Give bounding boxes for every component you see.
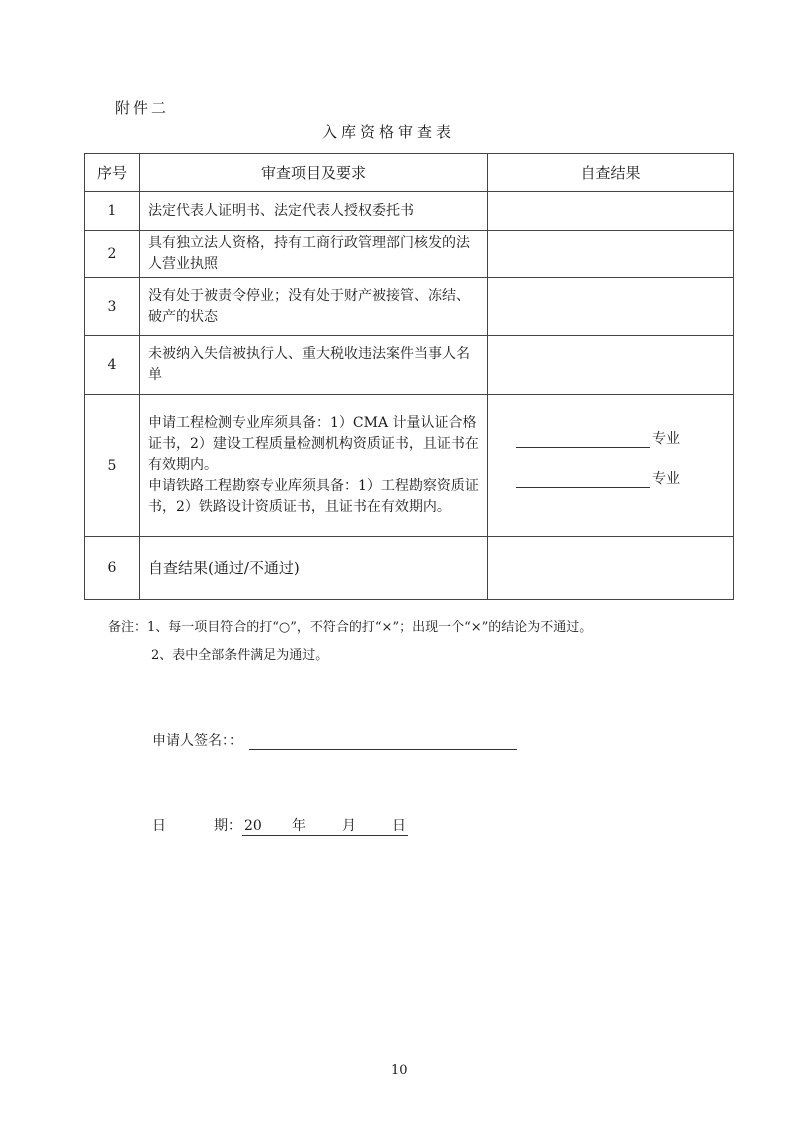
- signature-block: 申请人签名：：: [152, 730, 517, 750]
- row-result-cell: 专业 专业: [488, 395, 734, 537]
- remark-1: 备注：1、每一项目符合的打“○”，不符合的打“×”；出现一个“×”的结论为不通过…: [108, 614, 592, 642]
- table-row: 2 具有独立法人资格，持有工商行政管理部门核发的法人营业执照: [85, 231, 734, 278]
- table-row: 3 没有处于被责令停业；没有处于财产被接管、冻结、破产的状态: [85, 278, 734, 336]
- major-input-2[interactable]: [516, 473, 650, 488]
- row-item: 自查结果(通过/不通过): [140, 537, 488, 600]
- row-number: 3: [85, 278, 140, 336]
- date-label-day: 日: [152, 815, 214, 835]
- row-item-line: 申请铁路工程勘察专业库须具备：1）工程勘察资质证书，2）铁路设计资质证书，且证书…: [148, 476, 480, 518]
- major-suffix: 专业: [652, 431, 680, 447]
- row-item: 申请工程检测专业库须具备：1）CMA 计量认证合格证书，2）建设工程质量检测机构…: [140, 395, 488, 537]
- row-number: 6: [85, 537, 140, 600]
- remark-2: 2、表中全部条件满足为通过。: [108, 642, 592, 670]
- signature-field[interactable]: [249, 735, 517, 750]
- row-number: 5: [85, 395, 140, 537]
- row-number: 2: [85, 231, 140, 278]
- remarks: 备注：1、每一项目符合的打“○”，不符合的打“×”；出现一个“×”的结论为不通过…: [108, 614, 592, 670]
- date-block: 日期：20年月日: [152, 815, 408, 836]
- table-row: 4 未被纳入失信被执行人、重大税收违法案件当事人名单: [85, 336, 734, 395]
- date-year-prefix: 20: [244, 818, 292, 834]
- row-result-field[interactable]: [488, 231, 734, 278]
- row-result-field[interactable]: [488, 336, 734, 395]
- signature-label: 申请人签名：：: [152, 733, 243, 749]
- date-month-label: 月: [342, 815, 392, 835]
- table-row: 1 法定代表人证明书、法定代表人授权委托书: [85, 192, 734, 231]
- table-header-row: 序号 审查项目及要求 自查结果: [85, 154, 734, 192]
- date-field[interactable]: 20年月日: [242, 815, 408, 836]
- row-item: 具有独立法人资格，持有工商行政管理部门核发的法人营业执照: [140, 231, 488, 278]
- major-field-1: 专业: [516, 428, 680, 448]
- date-year-label: 年: [292, 815, 342, 835]
- header-item: 审查项目及要求: [140, 154, 488, 192]
- row-number: 4: [85, 336, 140, 395]
- row-result-field[interactable]: [488, 192, 734, 231]
- qualification-review-table: 序号 审查项目及要求 自查结果 1 法定代表人证明书、法定代表人授权委托书 2 …: [84, 153, 734, 600]
- row-item: 未被纳入失信被执行人、重大税收违法案件当事人名单: [140, 336, 488, 395]
- row-result-field[interactable]: [488, 278, 734, 336]
- table-row: 6 自查结果(通过/不通过): [85, 537, 734, 600]
- header-no: 序号: [85, 154, 140, 192]
- row-item: 法定代表人证明书、法定代表人授权委托书: [140, 192, 488, 231]
- page-number: 10: [391, 1063, 408, 1078]
- document-title: 入库资格审查表: [322, 121, 455, 142]
- date-label-period: 期：: [214, 818, 242, 834]
- major-suffix: 专业: [652, 471, 680, 487]
- row-number: 1: [85, 192, 140, 231]
- table-row: 5 申请工程检测专业库须具备：1）CMA 计量认证合格证书，2）建设工程质量检测…: [85, 395, 734, 537]
- row-item-line: 申请工程检测专业库须具备：1）CMA 计量认证合格证书，2）建设工程质量检测机构…: [148, 413, 480, 476]
- major-field-2: 专业: [516, 468, 680, 488]
- major-input-1[interactable]: [516, 433, 650, 448]
- row-item: 没有处于被责令停业；没有处于财产被接管、冻结、破产的状态: [140, 278, 488, 336]
- date-day-label: 日: [392, 815, 406, 835]
- annex-label: 附件二: [115, 97, 169, 118]
- row-result-field[interactable]: [488, 537, 734, 600]
- header-result: 自查结果: [488, 154, 734, 192]
